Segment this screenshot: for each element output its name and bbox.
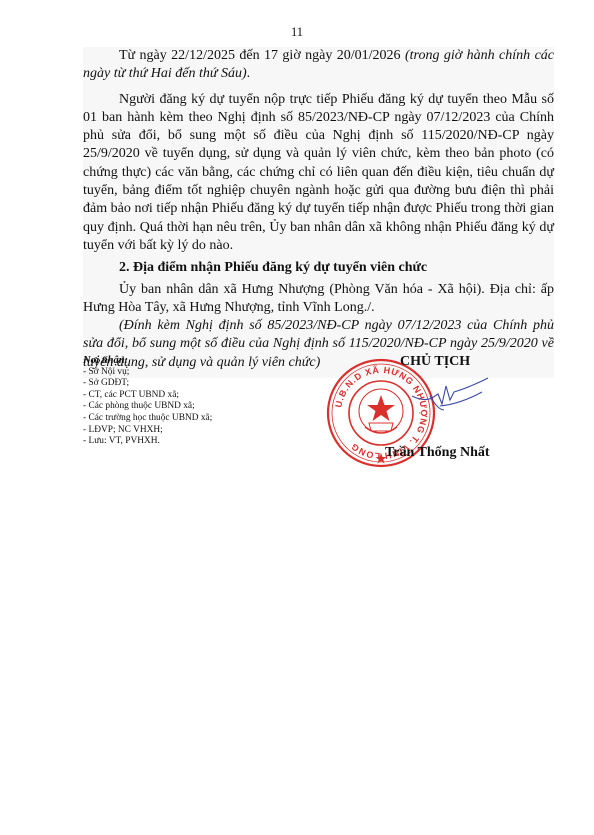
recipient-item: - Lưu: VT, PVHXH. <box>83 436 303 448</box>
deadline-text: Từ ngày 22/12/2025 đến 17 giờ ngày 20/01… <box>119 48 405 63</box>
recipient-item: - LĐVP; NC VHXH; <box>83 425 303 437</box>
recipients-list: - Sở Nội vụ; - Sở GDĐT; - CT, các PCT UB… <box>83 367 303 448</box>
handwritten-signature-icon <box>410 374 490 414</box>
deadline-end: . <box>247 66 251 81</box>
document-body: Từ ngày 22/12/2025 đến 17 giờ ngày 20/01… <box>83 47 554 378</box>
recipient-item: - Các trường học thuộc UBND xã; <box>83 413 303 425</box>
paragraph-location: Ủy ban nhân dân xã Hưng Nhượng (Phòng Vă… <box>83 281 554 318</box>
signer-title: CHỦ TỊCH <box>400 354 470 370</box>
recipient-item: - Sở Nội vụ; <box>83 367 303 379</box>
recipients-block: Nơi nhận: - Sở Nội vụ; - Sở GDĐT; - CT, … <box>83 355 303 448</box>
page-number: 11 <box>0 25 594 40</box>
paragraph-submission: Người đăng ký dự tuyển nộp trực tiếp Phi… <box>83 91 554 256</box>
signer-name: Trần Thống Nhất <box>385 445 490 461</box>
recipient-item: - Các phòng thuộc UBND xã; <box>83 401 303 413</box>
paragraph-deadline: Từ ngày 22/12/2025 đến 17 giờ ngày 20/01… <box>83 47 554 84</box>
recipient-item: - CT, các PCT UBND xã; <box>83 390 303 402</box>
recipients-title: Nơi nhận: <box>83 355 303 367</box>
section-heading: 2. Địa điểm nhận Phiếu đăng ký dự tuyển … <box>83 259 554 277</box>
recipient-item: - Sở GDĐT; <box>83 378 303 390</box>
signature-block: U.B.N.D XÃ HƯNG NHƯỢNG T. VĨNH LONG CHỦ … <box>325 352 535 472</box>
